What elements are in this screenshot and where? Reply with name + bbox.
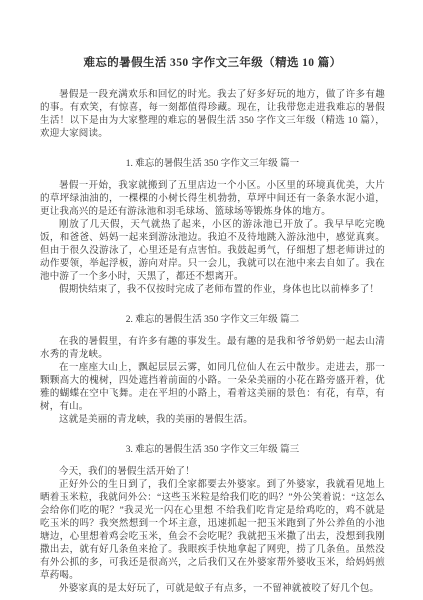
essay-section-1: 1. 难忘的暑假生活 350 字作文三年级 篇一 暑假一开始，我家就搬到了五里店… xyxy=(40,155,385,297)
section-heading-3: 3. 难忘的暑假生活 350 字作文三年级 篇三 xyxy=(40,441,385,455)
essay-paragraph: 假期快结束了，我不仅按时完成了老师布置的作业，身体也比以前棒多了！ xyxy=(40,284,385,297)
essay-section-3: 3. 难忘的暑假生活 350 字作文三年级 篇三 今天，我们的暑假生活开始了！ … xyxy=(40,441,385,596)
document-page: 难忘的暑假生活 350 字作文三年级（精选 10 篇） 暑假是一段充满欢乐和回忆… xyxy=(0,0,423,600)
intro-paragraph: 暑假是一段充满欢乐和回忆的时光。我去了好多好玩的地方，做了许多有趣的事。有欢笑，… xyxy=(40,89,385,141)
page-title: 难忘的暑假生活 350 字作文三年级（精选 10 篇） xyxy=(40,54,385,70)
essay-paragraph: 外婆家真的是太好玩了，可就是蚊子有点多，一不留神就被咬了好几个包。 xyxy=(40,583,385,596)
essay-section-2: 2. 难忘的暑假生活 350 字作文三年级 篇二 在我的暑假里，有许多有趣的事发… xyxy=(40,311,385,427)
essay-paragraph: 这就是美丽的青龙峡，我的美丽的暑假生活。 xyxy=(40,414,385,427)
essay-paragraph: 在我的暑假里，有许多有趣的事发生。最有趣的是我和爷爷奶奶一起去山清水秀的青龙峡。 xyxy=(40,336,385,362)
section-heading-1: 1. 难忘的暑假生活 350 字作文三年级 篇一 xyxy=(40,155,385,169)
essay-paragraph: 刚放了几天假，天气就热了起来，小区的游泳池已开放了。我早早吃完晚饭，和爸爸、妈妈… xyxy=(40,219,385,284)
essay-paragraph: 暑假一开始，我家就搬到了五里店边一个小区。小区里的环境真优美，大片的草坪绿油油的… xyxy=(40,180,385,219)
essay-paragraph: 在一座座大山上，飘起层层云雾，如同几位仙人在云中散步。走进去，那一颗颗高大的槐树… xyxy=(40,362,385,414)
essay-paragraph: 正好外公的生日到了，我们全家都要去外婆家。到了外婆家，我就看见地上晒着玉米粒，我… xyxy=(40,479,385,583)
essay-paragraph: 今天，我们的暑假生活开始了！ xyxy=(40,466,385,479)
section-heading-2: 2. 难忘的暑假生活 350 字作文三年级 篇二 xyxy=(40,311,385,325)
